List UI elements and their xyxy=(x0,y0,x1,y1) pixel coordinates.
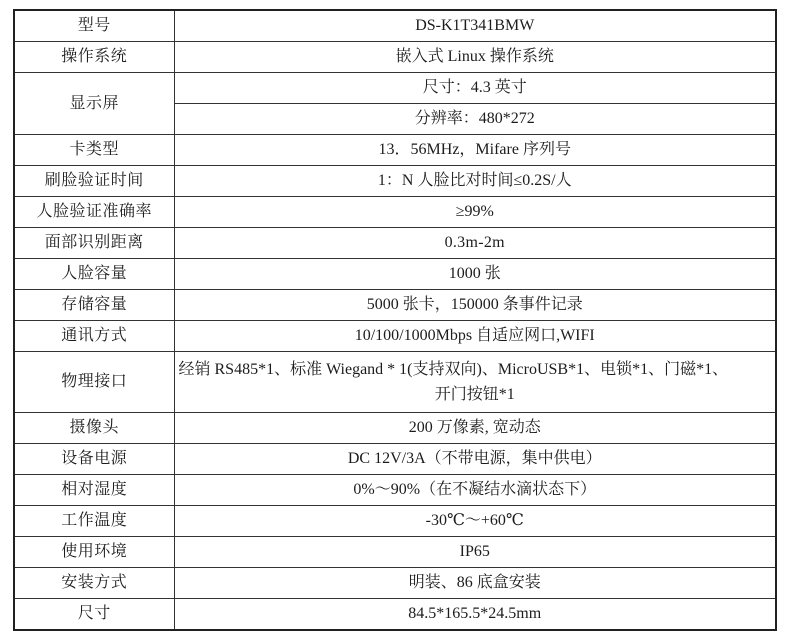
spec-row-face-accuracy: 人脸验证准确率 ≥99% xyxy=(14,197,776,228)
spec-row-os: 操作系统 嵌入式 Linux 操作系统 xyxy=(14,42,776,73)
spec-value: ≥99% xyxy=(174,197,776,228)
spec-label: 面部识别距离 xyxy=(14,228,174,259)
spec-row-camera: 摄像头 200 万像素, 宽动态 xyxy=(14,413,776,444)
spec-row-environment: 使用环境 IP65 xyxy=(14,537,776,568)
spec-label: 工作温度 xyxy=(14,506,174,537)
spec-label: 安装方式 xyxy=(14,568,174,599)
spec-label: 存储容量 xyxy=(14,290,174,321)
spec-row-communication: 通讯方式 10/100/1000Mbps 自适应网口,WIFI xyxy=(14,321,776,352)
spec-row-installation: 安装方式 明装、86 底盒安装 xyxy=(14,568,776,599)
spec-row-recognition-distance: 面部识别距离 0.3m-2m xyxy=(14,228,776,259)
spec-label: 人脸容量 xyxy=(14,259,174,290)
spec-label: 通讯方式 xyxy=(14,321,174,352)
spec-value: 1000 张 xyxy=(174,259,776,290)
spec-value: 200 万像素, 宽动态 xyxy=(174,413,776,444)
spec-row-face-verify-time: 刷脸验证时间 1：N 人脸比对时间≤0.2S/人 xyxy=(14,166,776,197)
spec-row-dimensions: 尺寸 84.5*165.5*24.5mm xyxy=(14,599,776,631)
spec-label: 设备电源 xyxy=(14,444,174,475)
spec-row-card-type: 卡类型 13．56MHz，Mifare 序列号 xyxy=(14,135,776,166)
spec-row-power: 设备电源 DC 12V/3A（不带电源，集中供电） xyxy=(14,444,776,475)
spec-value: 明装、86 底盒安装 xyxy=(174,568,776,599)
spec-value: 分辨率：480*272 xyxy=(174,104,776,135)
spec-label: 相对湿度 xyxy=(14,475,174,506)
spec-row-storage-capacity: 存储容量 5000 张卡，150000 条事件记录 xyxy=(14,290,776,321)
spec-value: -30℃～+60℃ xyxy=(174,506,776,537)
spec-value: 13．56MHz，Mifare 序列号 xyxy=(174,135,776,166)
spec-label: 尺寸 xyxy=(14,599,174,631)
spec-label: 操作系统 xyxy=(14,42,174,73)
spec-value: 84.5*165.5*24.5mm xyxy=(174,599,776,631)
spec-value: IP65 xyxy=(174,537,776,568)
spec-row-display-size: 显示屏 尺寸：4.3 英寸 xyxy=(14,73,776,104)
spec-label: 使用环境 xyxy=(14,537,174,568)
spec-value: 0.3m-2m xyxy=(174,228,776,259)
spec-value: 0%～90%（在不凝结水滴状态下） xyxy=(174,475,776,506)
spec-label: 卡类型 xyxy=(14,135,174,166)
spec-label: 刷脸验证时间 xyxy=(14,166,174,197)
spec-row-face-capacity: 人脸容量 1000 张 xyxy=(14,259,776,290)
spec-label: 显示屏 xyxy=(14,73,174,135)
spec-value: 10/100/1000Mbps 自适应网口,WIFI xyxy=(174,321,776,352)
spec-label: 摄像头 xyxy=(14,413,174,444)
spec-row-operating-temperature: 工作温度 -30℃～+60℃ xyxy=(14,506,776,537)
spec-table: 型号 DS-K1T341BMW 操作系统 嵌入式 Linux 操作系统 显示屏 … xyxy=(13,9,777,631)
spec-label: 物理接口 xyxy=(14,352,174,413)
spec-label: 型号 xyxy=(14,10,174,42)
spec-value: 尺寸：4.3 英寸 xyxy=(174,73,776,104)
spec-value: 5000 张卡，150000 条事件记录 xyxy=(174,290,776,321)
interfaces-line-1: 经销 RS485*1、标准 Wiegand * 1(支持双向)、MicroUSB… xyxy=(179,360,772,379)
spec-value: 经销 RS485*1、标准 Wiegand * 1(支持双向)、MicroUSB… xyxy=(174,352,776,413)
spec-row-model: 型号 DS-K1T341BMW xyxy=(14,10,776,42)
spec-row-physical-interfaces: 物理接口 经销 RS485*1、标准 Wiegand * 1(支持双向)、Mic… xyxy=(14,352,776,413)
spec-sheet-page: 型号 DS-K1T341BMW 操作系统 嵌入式 Linux 操作系统 显示屏 … xyxy=(0,0,790,639)
spec-value: 1：N 人脸比对时间≤0.2S/人 xyxy=(174,166,776,197)
spec-value: DC 12V/3A（不带电源，集中供电） xyxy=(174,444,776,475)
spec-row-humidity: 相对湿度 0%～90%（在不凝结水滴状态下） xyxy=(14,475,776,506)
spec-value: DS-K1T341BMW xyxy=(174,10,776,42)
spec-label: 人脸验证准确率 xyxy=(14,197,174,228)
spec-value: 嵌入式 Linux 操作系统 xyxy=(174,42,776,73)
interfaces-line-2: 开门按钮*1 xyxy=(179,385,772,404)
